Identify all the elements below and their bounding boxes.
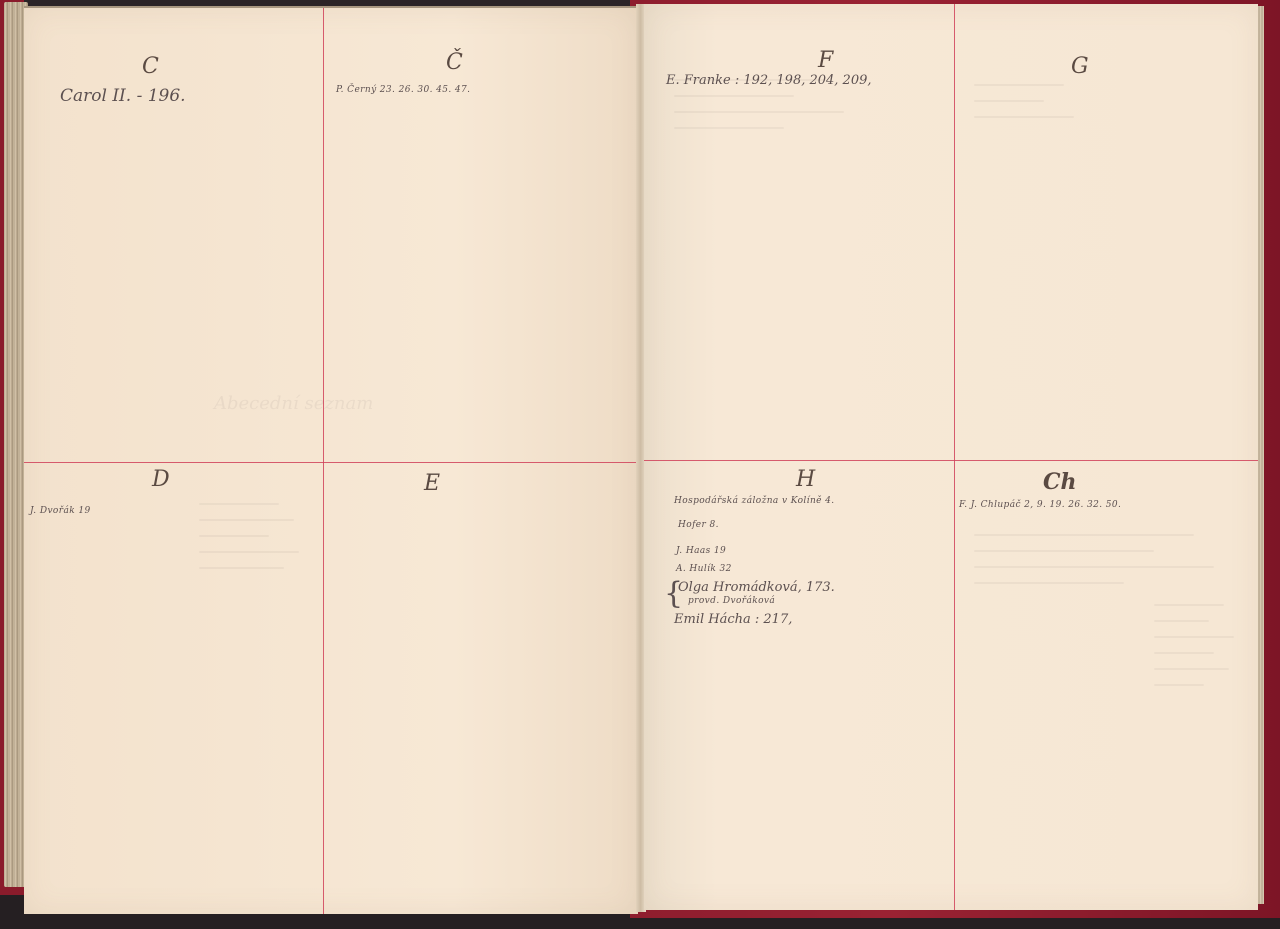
index-entry: Hospodářská záložna v Kolíně 4.	[674, 497, 835, 506]
index-entry: J. Dvořák 19	[30, 507, 91, 516]
index-entry: E. Franke : 192, 198, 204, 209,	[666, 74, 872, 87]
index-entry: Hofer 8.	[678, 521, 719, 530]
section-c: C Carol II. - 196.	[24, 8, 323, 462]
section-e: E	[324, 463, 638, 914]
section-heading: D	[152, 469, 170, 491]
index-entry: A. Hulík 32	[676, 565, 732, 574]
section-c-caron: Č P. Černý 23. 26. 30. 45. 47.	[324, 8, 638, 462]
index-entry: F. J. Chlupáč 2, 9. 19. 26. 32. 50.	[959, 501, 1121, 510]
index-entry: P. Černý 23. 26. 30. 45. 47.	[336, 86, 470, 95]
index-entry: Olga Hromádková, 173.	[678, 581, 835, 594]
index-entry-note: provd. Dvořáková	[688, 597, 775, 606]
section-h: H Hospodářská záložna v Kolíně 4. Hofer …	[644, 461, 954, 910]
index-entry: Carol II. - 196.	[60, 88, 186, 105]
section-heading: H	[796, 469, 815, 491]
section-heading: Č	[446, 52, 463, 74]
section-heading: Ch	[1043, 471, 1077, 493]
section-heading: C	[142, 56, 159, 78]
right-page: F E. Franke : 192, 198, 204, 209, G H Ho…	[644, 4, 1258, 910]
left-page: Abecední seznam C Carol II. - 196. Č P. …	[24, 6, 638, 914]
index-entry: J. Haas 19	[676, 547, 726, 556]
section-heading: G	[1071, 56, 1089, 78]
index-entry: Emil Hácha : 217,	[674, 613, 792, 626]
section-f: F E. Franke : 192, 198, 204, 209,	[644, 4, 954, 460]
section-heading: E	[424, 473, 440, 495]
ledger-scan: Abecední seznam C Carol II. - 196. Č P. …	[0, 0, 1280, 929]
section-ch: Ch F. J. Chlupáč 2, 9. 19. 26. 32. 50.	[955, 461, 1258, 910]
section-heading: F	[818, 50, 833, 72]
section-g: G	[955, 4, 1258, 460]
section-d: D J. Dvořák 19	[24, 463, 323, 914]
